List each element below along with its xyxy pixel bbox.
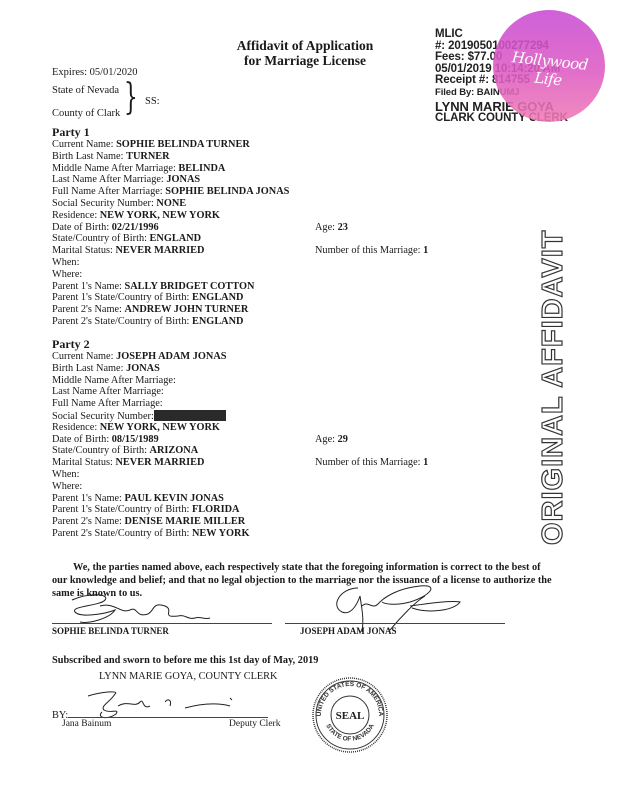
field-value: NEW YORK bbox=[192, 528, 250, 539]
party-2-section: Party 2 Current Name: JOSEPH ADAM JONASB… bbox=[52, 337, 250, 540]
field-value: FLORIDA bbox=[192, 504, 239, 515]
field-value: NEW YORK, NEW YORK bbox=[100, 422, 220, 433]
field-row: Parent 2's Name: ANDREW JOHN TURNER bbox=[52, 304, 289, 316]
field-value: ENGLAND bbox=[150, 233, 202, 244]
field-row: Parent 2's State/Country of Birth: NEW Y… bbox=[52, 528, 250, 540]
party-1-signature-label: SOPHIE BELINDA TURNER bbox=[52, 626, 169, 636]
field-value: ENGLAND bbox=[192, 292, 244, 303]
field-row: Last Name After Marriage: bbox=[52, 386, 250, 398]
field-row: State/Country of Birth: ENGLAND bbox=[52, 233, 289, 245]
field-label: Middle Name After Marriage: bbox=[52, 375, 176, 386]
field-value: NEW YORK, NEW YORK bbox=[100, 210, 220, 221]
field-value: NEVER MARRIED bbox=[116, 245, 205, 256]
field-row: When: bbox=[52, 469, 250, 481]
field-right-label: Age: bbox=[315, 434, 338, 445]
field-row: Residence: NEW YORK, NEW YORK bbox=[52, 422, 250, 434]
field-value: 08/15/1989 bbox=[112, 434, 159, 445]
field-row: Current Name: JOSEPH ADAM JONAS bbox=[52, 351, 250, 363]
field-label: When: bbox=[52, 469, 79, 480]
field-value: 02/21/1996 bbox=[112, 222, 159, 233]
field-label: Parent 2's Name: bbox=[52, 516, 125, 527]
field-row: Parent 2's Name: DENISE MARIE MILLER bbox=[52, 516, 250, 528]
field-value: JONAS bbox=[126, 363, 160, 374]
field-label: Birth Last Name: bbox=[52, 151, 126, 162]
field-value: SALLY BRIDGET COTTON bbox=[125, 281, 255, 292]
field-label: Where: bbox=[52, 481, 82, 492]
field-label: State/Country of Birth: bbox=[52, 233, 150, 244]
field-right: Age: 23 bbox=[315, 222, 348, 234]
redacted-block bbox=[154, 410, 226, 421]
field-label: Full Name After Marriage: bbox=[52, 186, 165, 197]
field-row: Current Name: SOPHIE BELINDA TURNER bbox=[52, 139, 289, 151]
county-seal-icon: UNITED STATES OF AMERICA STATE OF NEVADA… bbox=[311, 676, 389, 754]
field-right-label: Number of this Marriage: bbox=[315, 245, 423, 256]
field-value: SOPHIE BELINDA JONAS bbox=[165, 186, 289, 197]
field-row: Date of Birth: 08/15/1989Age: 29 bbox=[52, 434, 250, 446]
field-label: Date of Birth: bbox=[52, 222, 112, 233]
field-row: Parent 2's State/Country of Birth: ENGLA… bbox=[52, 316, 289, 328]
svg-text:SEAL: SEAL bbox=[336, 710, 365, 722]
party-1-section: Party 1 Current Name: SOPHIE BELINDA TUR… bbox=[52, 125, 289, 328]
field-label: Where: bbox=[52, 269, 82, 280]
field-right: Number of this Marriage: 1 bbox=[315, 245, 428, 257]
field-value: TURNER bbox=[126, 151, 169, 162]
document-title: Affidavit of Application for Marriage Li… bbox=[200, 38, 410, 68]
field-row: Parent 1's Name: PAUL KEVIN JONAS bbox=[52, 493, 250, 505]
county-clerk-name: LYNN MARIE GOYA, COUNTY CLERK bbox=[99, 671, 278, 682]
field-right-label: Number of this Marriage: bbox=[315, 457, 423, 468]
field-label: Marital Status: bbox=[52, 245, 116, 256]
field-label: Parent 1's State/Country of Birth: bbox=[52, 504, 192, 515]
field-row: When: bbox=[52, 257, 289, 269]
party-2-signature-label: JOSEPH ADAM JONAS bbox=[300, 626, 397, 636]
field-row: Marital Status: NEVER MARRIEDNumber of t… bbox=[52, 457, 250, 469]
field-label: Birth Last Name: bbox=[52, 363, 126, 374]
field-label: Parent 1's State/Country of Birth: bbox=[52, 292, 192, 303]
field-value: ARIZONA bbox=[150, 445, 199, 456]
deputy-clerk-title: Deputy Clerk bbox=[229, 719, 280, 729]
field-value: SOPHIE BELINDA TURNER bbox=[116, 139, 250, 150]
field-label: Marital Status: bbox=[52, 457, 116, 468]
field-label: Current Name: bbox=[52, 139, 116, 150]
deputy-clerk-name: Jana Bainum bbox=[62, 719, 111, 729]
field-label: Parent 1's Name: bbox=[52, 493, 125, 504]
field-row: Marital Status: NEVER MARRIEDNumber of t… bbox=[52, 245, 289, 257]
field-row: Parent 1's Name: SALLY BRIDGET COTTON bbox=[52, 281, 289, 293]
field-row: Parent 1's State/Country of Birth: FLORI… bbox=[52, 504, 250, 516]
field-row: Residence: NEW YORK, NEW YORK bbox=[52, 210, 289, 222]
party-1-heading: Party 1 bbox=[52, 125, 289, 139]
field-value: DENISE MARIE MILLER bbox=[125, 516, 246, 527]
party-2-fields: Current Name: JOSEPH ADAM JONASBirth Las… bbox=[52, 351, 250, 540]
field-row: Middle Name After Marriage: bbox=[52, 375, 250, 387]
field-label: Parent 2's State/Country of Birth: bbox=[52, 316, 192, 327]
party-1-signature-line bbox=[52, 623, 272, 624]
field-row: Date of Birth: 02/21/1996Age: 23 bbox=[52, 222, 289, 234]
field-right-label: Age: bbox=[315, 222, 338, 233]
field-row: State/Country of Birth: ARIZONA bbox=[52, 445, 250, 457]
field-row: Full Name After Marriage: SOPHIE BELINDA… bbox=[52, 186, 289, 198]
field-row: Where: bbox=[52, 269, 289, 281]
field-value: JOSEPH ADAM JONAS bbox=[116, 351, 226, 362]
field-label: Full Name After Marriage: bbox=[52, 398, 163, 409]
field-right-value: 1 bbox=[423, 457, 428, 468]
field-right: Age: 29 bbox=[315, 434, 348, 446]
field-value: JONAS bbox=[166, 174, 200, 185]
field-label: Social Security Number: bbox=[52, 198, 156, 209]
field-label: When: bbox=[52, 257, 79, 268]
field-value: NONE bbox=[156, 198, 186, 209]
party-1-fields: Current Name: SOPHIE BELINDA TURNERBirth… bbox=[52, 139, 289, 328]
field-label: Parent 2's Name: bbox=[52, 304, 125, 315]
field-label: Last Name After Marriage: bbox=[52, 174, 166, 185]
brace-icon: } bbox=[124, 80, 138, 116]
field-label: Residence: bbox=[52, 210, 100, 221]
svg-text:STATE OF NEVADA: STATE OF NEVADA bbox=[324, 723, 376, 743]
field-label: Parent 2's State/Country of Birth: bbox=[52, 528, 192, 539]
field-value: NEVER MARRIED bbox=[116, 457, 205, 468]
field-row: Last Name After Marriage: JONAS bbox=[52, 174, 289, 186]
original-affidavit-stamp: ORIGINAL AFFIDAVIT bbox=[537, 229, 570, 545]
county-label: County of Clark bbox=[52, 108, 120, 119]
field-row: Where: bbox=[52, 481, 250, 493]
field-value: PAUL KEVIN JONAS bbox=[125, 493, 224, 504]
ss-label: SS: bbox=[145, 96, 160, 107]
field-row: Social Security Number: NONE bbox=[52, 198, 289, 210]
field-value: BELINDA bbox=[178, 163, 225, 174]
field-right-value: 1 bbox=[423, 245, 428, 256]
field-right-value: 29 bbox=[338, 434, 348, 445]
title-line-2: for Marriage License bbox=[200, 53, 410, 68]
field-label: Parent 1's Name: bbox=[52, 281, 125, 292]
field-value: ENGLAND bbox=[192, 316, 244, 327]
field-label: State/Country of Birth: bbox=[52, 445, 150, 456]
field-row: Middle Name After Marriage: BELINDA bbox=[52, 163, 289, 175]
field-right: Number of this Marriage: 1 bbox=[315, 457, 428, 469]
deputy-signature-line bbox=[68, 717, 268, 718]
watermark-text: Hollywood Life bbox=[497, 47, 600, 93]
field-label: Social Security Number: bbox=[52, 411, 154, 422]
title-line-1: Affidavit of Application bbox=[200, 38, 410, 53]
field-label: Date of Birth: bbox=[52, 434, 112, 445]
party-2-heading: Party 2 bbox=[52, 337, 250, 351]
hollywood-life-watermark: Hollywood Life bbox=[493, 10, 605, 122]
field-label: Residence: bbox=[52, 422, 100, 433]
field-row: Parent 1's State/Country of Birth: ENGLA… bbox=[52, 292, 289, 304]
field-row: Birth Last Name: TURNER bbox=[52, 151, 289, 163]
field-row: Full Name After Marriage: bbox=[52, 398, 250, 410]
field-label: Last Name After Marriage: bbox=[52, 386, 164, 397]
field-right-value: 23 bbox=[338, 222, 348, 233]
field-label: Middle Name After Marriage: bbox=[52, 163, 178, 174]
field-row: Birth Last Name: JONAS bbox=[52, 363, 250, 375]
field-label: Current Name: bbox=[52, 351, 116, 362]
party-2-signature-line bbox=[285, 623, 505, 624]
field-row: Social Security Number: bbox=[52, 410, 250, 422]
field-value: ANDREW JOHN TURNER bbox=[125, 304, 249, 315]
sworn-date-text: Subscribed and sworn to before me this 1… bbox=[52, 655, 318, 666]
state-label: State of Nevada bbox=[52, 85, 119, 96]
